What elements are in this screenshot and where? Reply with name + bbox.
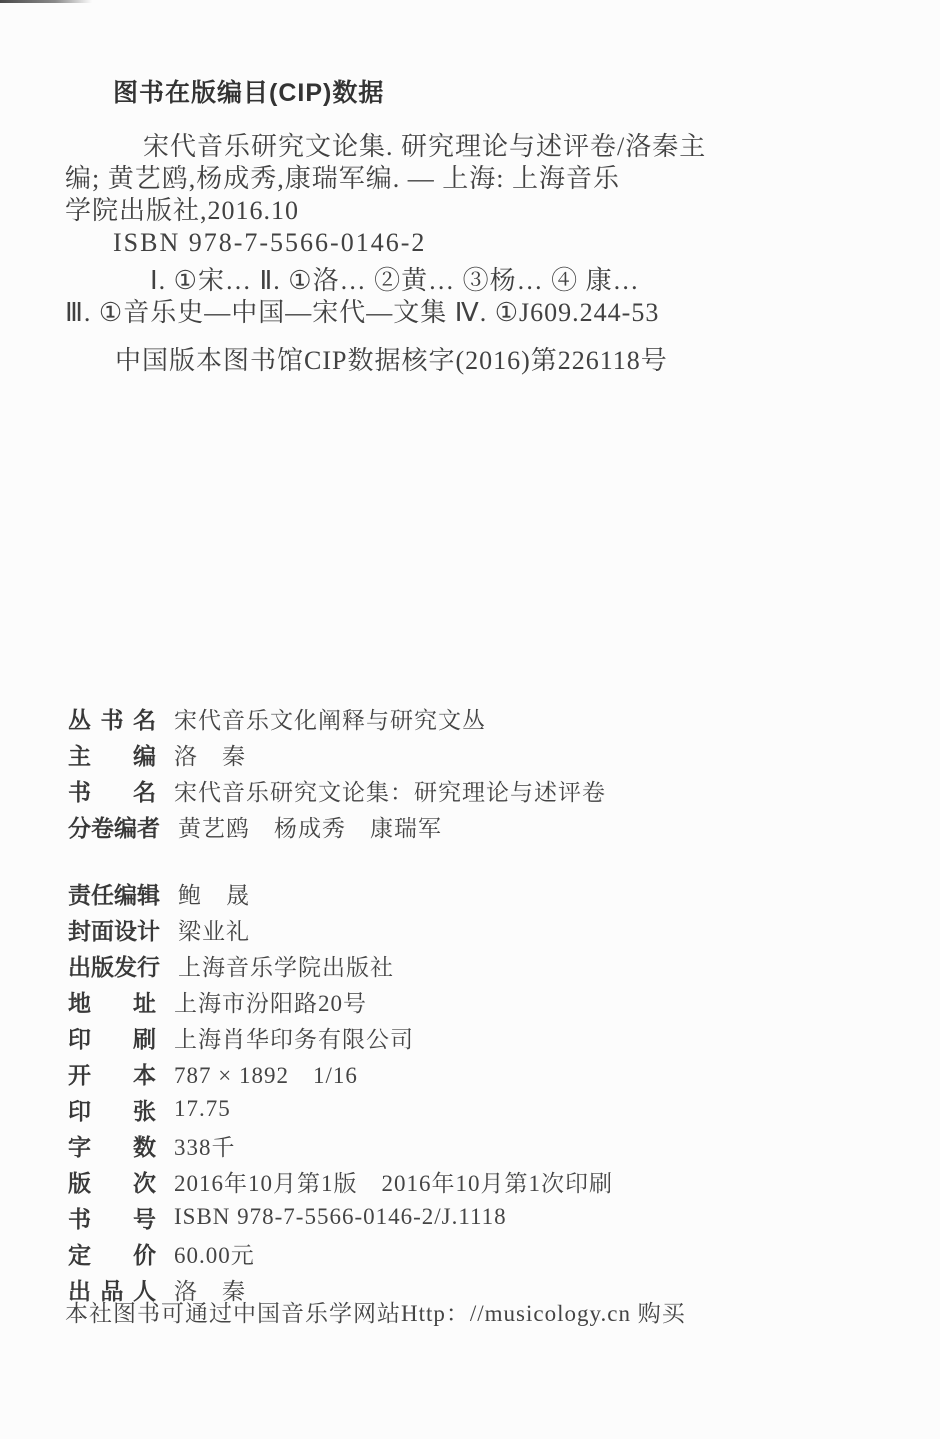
cip-classification-line: Ⅲ. ①音乐史—中国—宋代—文集 Ⅳ. ①J609.244-53	[65, 297, 890, 329]
cip-classification: Ⅰ. ①宋… Ⅱ. ①洛… ②黄… ③杨… ④ 康… Ⅲ. ①音乐史—中国—宋代…	[65, 265, 890, 329]
colophon-row-label: 出版发行	[68, 949, 160, 982]
colophon-row: 丛书名 宋代音乐文化阐释与研究文丛	[68, 700, 900, 736]
colophon-row: 责任编辑 鲍 晟	[68, 875, 900, 911]
cip-description-line: 学院出版社,2016.10	[65, 195, 890, 227]
colophon-row-label: 印刷	[68, 1021, 156, 1054]
colophon-row-value: 上海肖华印务有限公司	[174, 1021, 414, 1054]
colophon-row-value: 宋代音乐文化阐释与研究文丛	[174, 702, 486, 735]
colophon-row: 封面设计 梁业礼	[68, 911, 900, 947]
colophon-row: 书号 ISBN 978-7-5566-0146-2/J.1118	[68, 1199, 900, 1235]
colophon-row-label: 分卷编者	[68, 810, 160, 843]
colophon-row-value: 17.75	[174, 1096, 231, 1122]
footer-purchase-note: 本社图书可通过中国音乐学网站Http：//musicology.cn 购买	[65, 1300, 686, 1328]
colophon-row-label: 字数	[68, 1129, 156, 1162]
colophon-row-value: 787 × 1892 1/16	[174, 1057, 358, 1090]
colophon-row-label: 定价	[68, 1237, 156, 1270]
colophon-row-label: 版次	[68, 1165, 156, 1198]
colophon-group-publication: 责任编辑 鲍 晟 封面设计 梁业礼 出版发行 上海音乐学院出版社 地址 上海市汾…	[68, 875, 900, 1307]
colophon-row-label: 书号	[68, 1201, 156, 1234]
cip-section: 图书在版编目(CIP)数据 宋代音乐研究文论集. 研究理论与述评卷/洛秦主 编;…	[65, 80, 890, 377]
colophon-row: 开本 787 × 1892 1/16	[68, 1055, 900, 1091]
scan-artifact-streak	[0, 0, 92, 3]
colophon-row-label: 主编	[68, 738, 156, 771]
colophon-row: 地址 上海市汾阳路20号	[68, 983, 900, 1019]
colophon-row-value: 60.00元	[174, 1237, 255, 1270]
colophon-row-value: 338千	[174, 1129, 236, 1162]
colophon-row-value: 宋代音乐研究文论集：研究理论与述评卷	[174, 774, 606, 807]
colophon-row-value: 黄艺鸥 杨成秀 康瑞军	[178, 810, 442, 843]
cip-isbn: ISBN 978-7-5566-0146-2	[65, 227, 890, 259]
colophon-row-label: 地址	[68, 985, 156, 1018]
colophon-row-value: 2016年10月第1版 2016年10月第1次印刷	[174, 1165, 613, 1198]
colophon-row: 出版发行 上海音乐学院出版社	[68, 947, 900, 983]
cip-description: 宋代音乐研究文论集. 研究理论与述评卷/洛秦主 编; 黄艺鸥,杨成秀,康瑞军编.…	[65, 131, 890, 227]
colophon-section: 丛书名 宋代音乐文化阐释与研究文丛 主编 洛 秦 书名 宋代音乐研究文论集：研究…	[68, 700, 900, 1307]
cip-heading: 图书在版编目(CIP)数据	[65, 80, 890, 107]
colophon-row: 书名 宋代音乐研究文论集：研究理论与述评卷	[68, 772, 900, 808]
colophon-row-value: 鲍 晟	[178, 877, 250, 910]
colophon-row-value: 洛 秦	[174, 738, 246, 771]
cip-classification-line: Ⅰ. ①宋… Ⅱ. ①洛… ②黄… ③杨… ④ 康…	[65, 265, 890, 297]
cip-description-line: 宋代音乐研究文论集. 研究理论与述评卷/洛秦主	[65, 131, 890, 163]
colophon-row-label: 印张	[68, 1093, 156, 1126]
colophon-row-value: 梁业礼	[178, 913, 250, 946]
colophon-row-label: 书名	[68, 774, 156, 807]
colophon-row: 版次 2016年10月第1版 2016年10月第1次印刷	[68, 1163, 900, 1199]
colophon-row-label: 责任编辑	[68, 877, 160, 910]
colophon-row: 印刷 上海肖华印务有限公司	[68, 1019, 900, 1055]
colophon-row-label: 开本	[68, 1057, 156, 1090]
colophon-group-series: 丛书名 宋代音乐文化阐释与研究文丛 主编 洛 秦 书名 宋代音乐研究文论集：研究…	[68, 700, 900, 844]
colophon-row-value: 上海音乐学院出版社	[178, 949, 394, 982]
cip-record-number: 中国版本图书馆CIP数据核字(2016)第226118号	[65, 345, 890, 377]
colophon-row: 主编 洛 秦	[68, 736, 900, 772]
colophon-row-label: 封面设计	[68, 913, 160, 946]
cip-description-line: 编; 黄艺鸥,杨成秀,康瑞军编. — 上海: 上海音乐	[65, 163, 890, 195]
colophon-row: 印张 17.75	[68, 1091, 900, 1127]
book-copyright-page: 图书在版编目(CIP)数据 宋代音乐研究文论集. 研究理论与述评卷/洛秦主 编;…	[0, 0, 940, 1439]
colophon-row-value: 上海市汾阳路20号	[174, 985, 367, 1018]
colophon-row: 字数 338千	[68, 1127, 900, 1163]
colophon-row-label: 丛书名	[68, 702, 156, 735]
colophon-row-value: ISBN 978-7-5566-0146-2/J.1118	[174, 1204, 507, 1230]
colophon-row: 分卷编者 黄艺鸥 杨成秀 康瑞军	[68, 808, 900, 844]
colophon-row: 定价 60.00元	[68, 1235, 900, 1271]
